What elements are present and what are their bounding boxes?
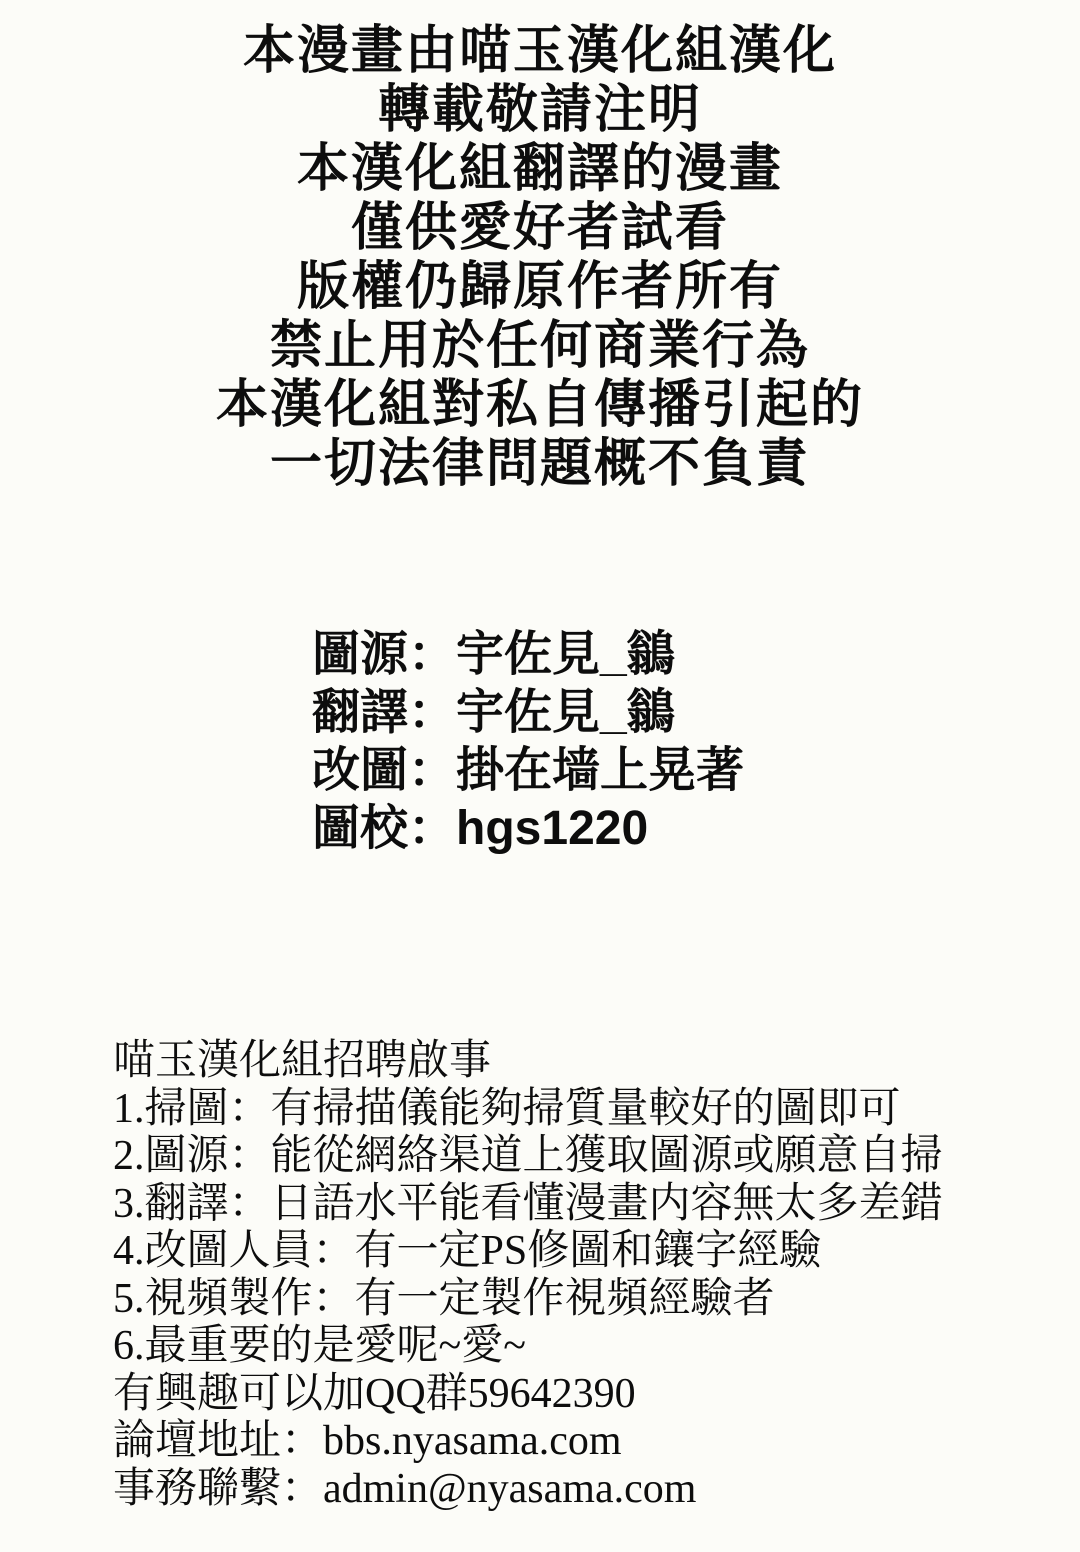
recruitment-notice-block: 喵玉漢化組招聘啟事 1.掃圖：有掃描儀能夠掃質量較好的圖即可 2.圖源：能從網絡…: [113, 1038, 943, 1513]
disclaimer-line: 本漢化組對私自傳播引起的: [0, 376, 1080, 435]
contact-line-email: 事務聯繫：admin@nyasama.com: [113, 1466, 943, 1514]
recruitment-item: 3.翻譯：日語水平能看懂漫畫内容無太多差錯: [113, 1181, 943, 1229]
disclaimer-block: 本漫畫由喵玉漢化組漢化 轉載敬請注明 本漢化組翻譯的漫畫 僅供愛好者試看 版權仍…: [0, 22, 1080, 494]
credit-value: 宇佐見_鶲: [456, 628, 675, 681]
contact-line-forum: 論壇地址：bbs.nyasama.com: [113, 1418, 943, 1466]
disclaimer-line: 僅供愛好者試看: [0, 199, 1080, 258]
staff-credits-block: 圖源：宇佐見_鶲 翻譯：宇佐見_鶲 改圖：掛在墙上晃著 圖校：hgs1220: [312, 626, 744, 858]
credit-label: 圖校: [312, 802, 408, 855]
contact-line-qq: 有興趣可以加QQ群59642390: [113, 1371, 943, 1419]
credit-row: 翻譯：宇佐見_鶲: [312, 684, 744, 742]
recruitment-item: 1.掃圖：有掃描儀能夠掃質量較好的圖即可: [113, 1086, 943, 1134]
credit-value: hgs1220: [456, 802, 648, 855]
disclaimer-line: 轉載敬請注明: [0, 81, 1080, 140]
disclaimer-line: 版權仍歸原作者所有: [0, 258, 1080, 317]
recruitment-item: 4.改圖人員：有一定PS修圖和鑲字經驗: [113, 1228, 943, 1276]
disclaimer-line: 一切法律問題概不負責: [0, 435, 1080, 494]
credit-label: 改圖: [312, 744, 408, 797]
credit-label: 圖源: [312, 628, 408, 681]
credit-value: 掛在墙上晃著: [456, 744, 744, 797]
credit-separator: ：: [408, 686, 456, 739]
credit-separator: ：: [408, 802, 456, 855]
credit-separator: ：: [408, 744, 456, 797]
credit-row: 圖源：宇佐見_鶲: [312, 626, 744, 684]
disclaimer-line: 本漫畫由喵玉漢化組漢化: [0, 22, 1080, 81]
disclaimer-line: 本漢化組翻譯的漫畫: [0, 140, 1080, 199]
credit-label: 翻譯: [312, 686, 408, 739]
recruitment-item: 6.最重要的是愛呢~愛~: [113, 1323, 943, 1371]
recruitment-title: 喵玉漢化組招聘啟事: [113, 1038, 943, 1086]
recruitment-item: 5.視頻製作：有一定製作視頻經驗者: [113, 1276, 943, 1324]
credit-row: 圖校：hgs1220: [312, 800, 744, 858]
credit-row: 改圖：掛在墙上晃著: [312, 742, 744, 800]
credit-value: 宇佐見_鶲: [456, 686, 675, 739]
credit-separator: ：: [408, 628, 456, 681]
recruitment-item: 2.圖源：能從網絡渠道上獲取圖源或願意自掃: [113, 1133, 943, 1181]
disclaimer-line: 禁止用於任何商業行為: [0, 317, 1080, 376]
